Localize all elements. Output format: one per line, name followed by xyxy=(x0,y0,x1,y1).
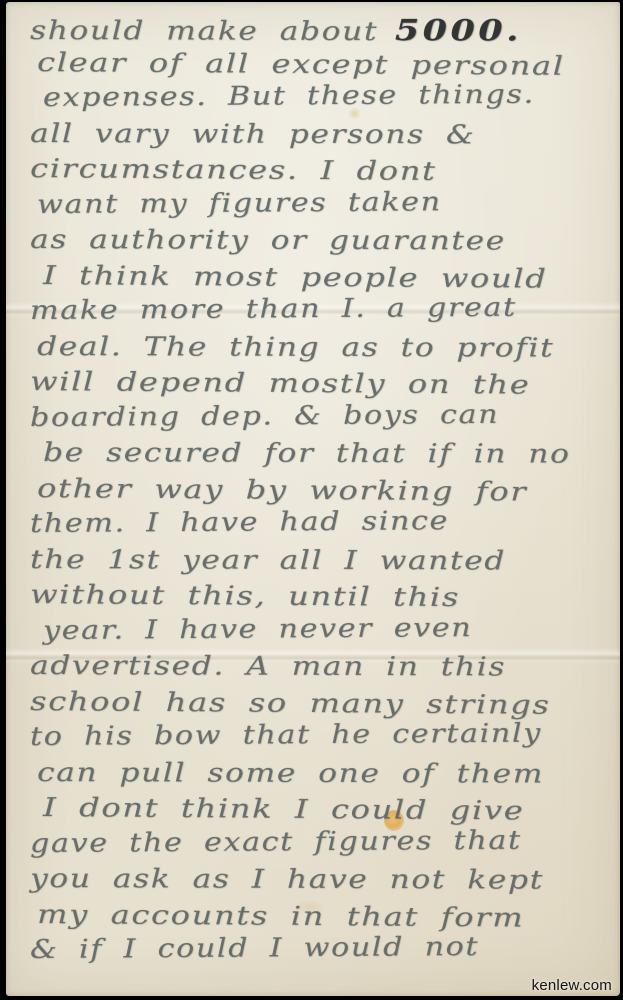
line-text: the 1st year all I wanted xyxy=(30,545,506,576)
handwriting-line: the 1st year all I wanted xyxy=(30,545,620,583)
handwriting-line: all vary with persons & xyxy=(30,119,620,157)
line-text: should make about xyxy=(30,16,378,47)
amount-figure: 5000. xyxy=(395,13,522,47)
handwriting-line: gave the exact figures that xyxy=(30,824,620,864)
handwriting-line: should make about5000. xyxy=(30,12,620,50)
handwriting-line: year. I have never even xyxy=(43,611,620,651)
handwriting-line: boarding dep. & boys can xyxy=(30,398,620,438)
line-text: circumstances. I dont xyxy=(30,154,437,187)
line-text: to his bow that he certainly xyxy=(30,719,542,752)
line-text: you ask as I have not kept xyxy=(30,864,544,895)
line-text: year. I have never even xyxy=(43,613,473,646)
handwriting-line: & if I could I would not xyxy=(30,930,620,970)
handwriting-line: expenses. But these things. xyxy=(43,78,620,118)
line-text: as authority or guarantee xyxy=(30,225,506,256)
handwriting-line: you ask as I have not kept xyxy=(30,864,620,902)
handwriting-line: deal. The thing as to profit xyxy=(37,332,620,370)
line-text: school has so many strings xyxy=(30,687,551,721)
line-text: advertised. A man in this xyxy=(30,651,506,682)
line-text: them. I have had since xyxy=(30,506,449,539)
line-text: deal. The thing as to profit xyxy=(37,332,554,364)
letter-page: should make about5000. clear of all exce… xyxy=(6,2,620,996)
line-text: I think most people would xyxy=(43,261,548,295)
handwriting-line: advertised. A man in this xyxy=(30,651,620,689)
watermark: kenlew.com xyxy=(532,977,612,994)
handwriting-line: to his bow that he certainly xyxy=(30,717,620,757)
line-text: I dont think I could give xyxy=(43,793,525,826)
line-text: all vary with persons & xyxy=(30,119,476,150)
line-text: other way by working for xyxy=(37,474,528,507)
line-text: make more than I. a great xyxy=(30,293,517,326)
handwriting-line: make more than I. a great xyxy=(30,291,620,331)
line-text: will depend mostly on the xyxy=(30,367,531,401)
line-text: gave the exact figures that xyxy=(30,825,522,858)
handwriting-line: be secured for that if in no xyxy=(43,438,620,476)
line-text: can pull some one of them xyxy=(37,758,544,789)
handwriting-text: should make about5000. clear of all exce… xyxy=(6,12,620,996)
line-text: want my figures taken xyxy=(37,187,442,220)
handwriting-line: want my figures taken xyxy=(37,185,620,225)
line-text: be secured for that if in no xyxy=(43,438,571,470)
line-text: & if I could I would not xyxy=(30,932,479,965)
handwriting-line: can pull some one of them xyxy=(37,758,620,796)
line-text: without this, until this xyxy=(30,580,460,613)
line-text: expenses. But these things. xyxy=(43,80,535,113)
handwriting-line: as authority or guarantee xyxy=(30,225,620,263)
handwriting-line: them. I have had since xyxy=(30,504,620,544)
line-text: boarding dep. & boys can xyxy=(30,399,499,432)
line-text: clear of all except personal xyxy=(37,48,565,82)
line-text: my accounts in that form xyxy=(37,900,525,933)
scan-frame: should make about5000. clear of all exce… xyxy=(0,0,623,1000)
